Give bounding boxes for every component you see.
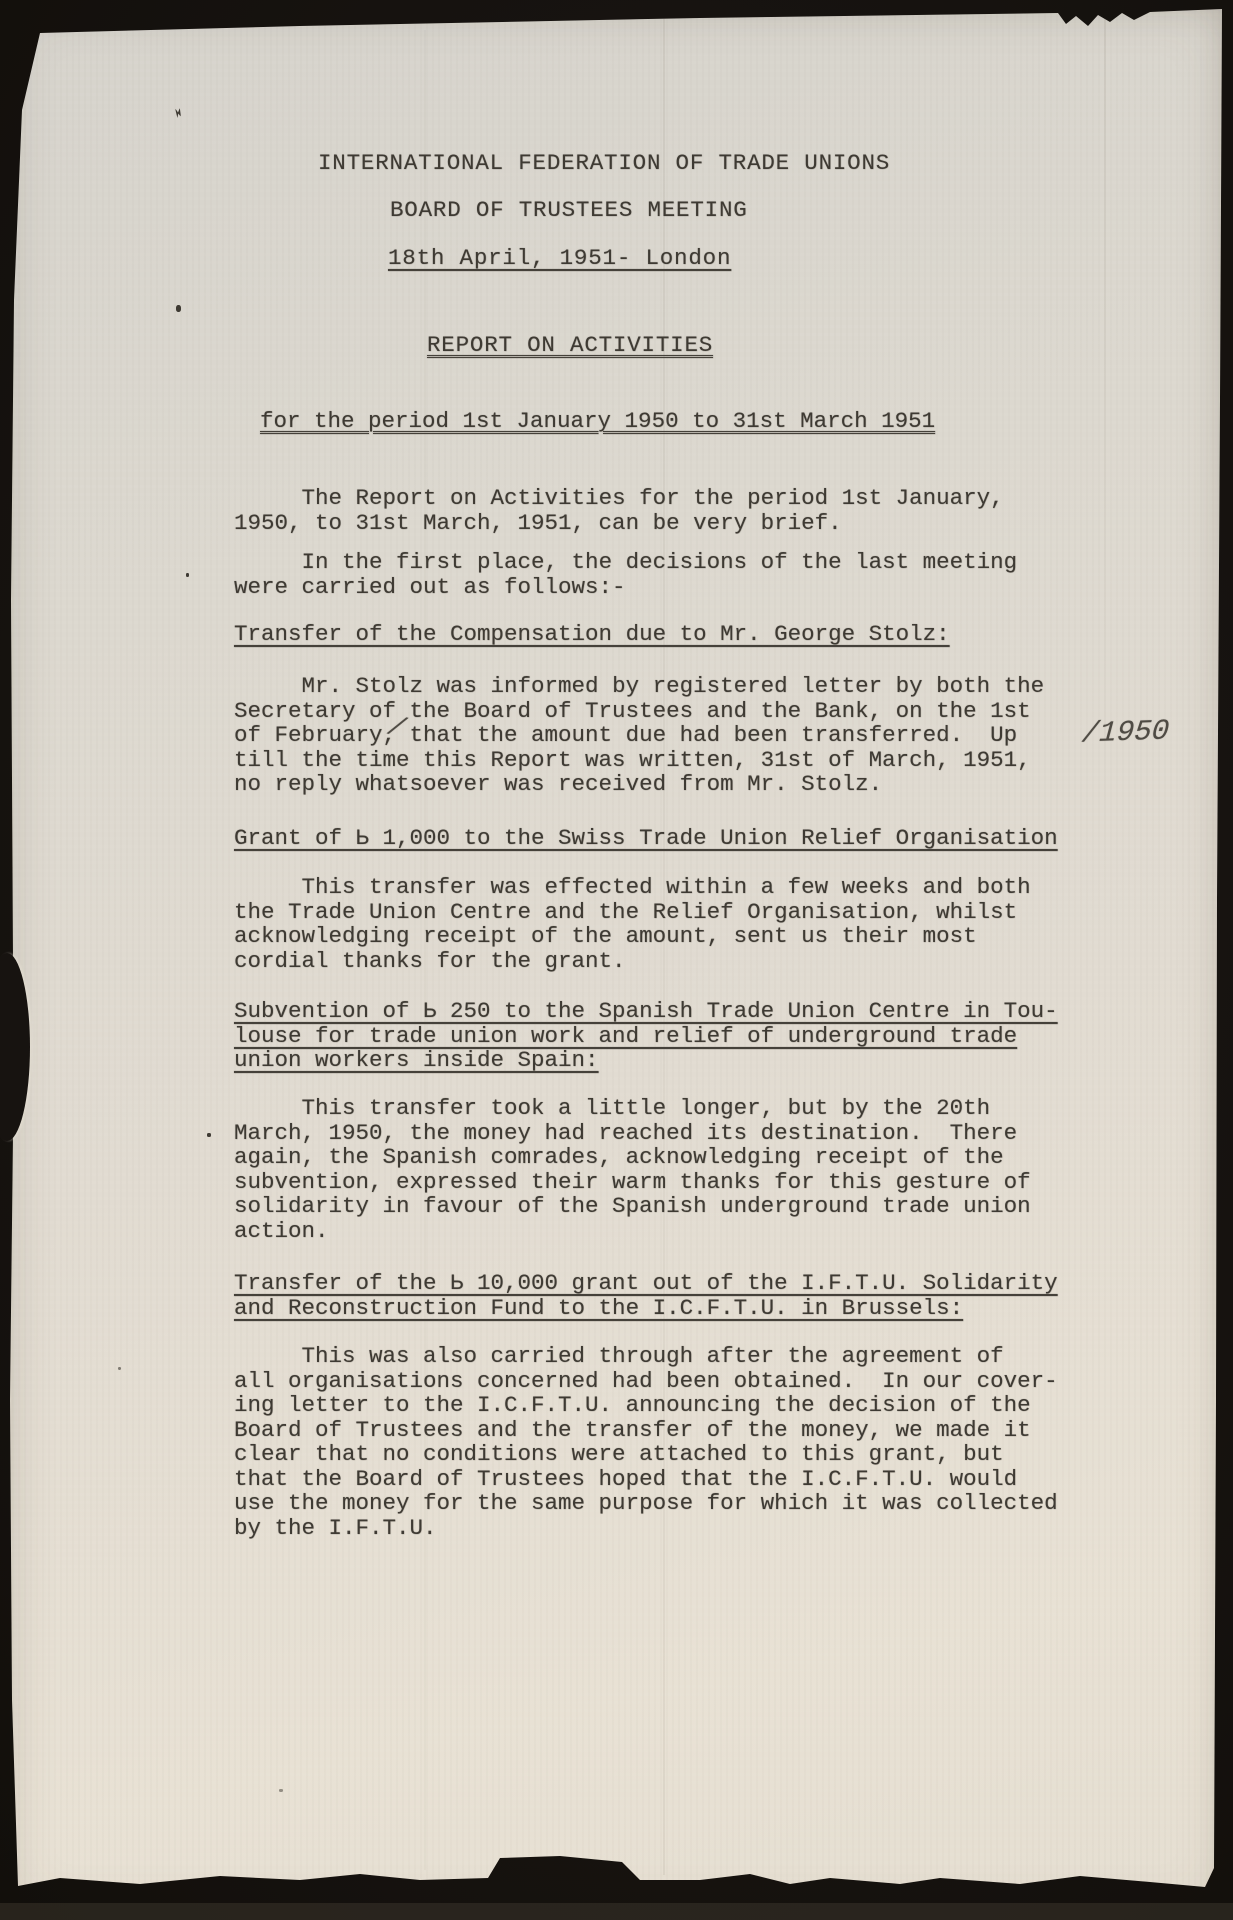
- section-body-stolz: Mr. Stolz was informed by registered let…: [234, 674, 1114, 797]
- section-body-swiss-grant: This transfer was effected within a few …: [234, 875, 1114, 973]
- paper-speck: [176, 305, 181, 312]
- paragraph-intro-1: The Report on Activities for the period …: [234, 486, 1114, 535]
- paper-speck: [186, 573, 189, 577]
- paper-speck: [207, 1133, 211, 1137]
- section-body-icftu-transfer: This was also carried through after the …: [234, 1344, 1114, 1540]
- section-heading-swiss-grant: Grant of Ь 1,000 to the Swiss Trade Unio…: [234, 826, 1114, 851]
- meeting-title: BOARD OF TRUSTEES MEETING: [390, 198, 748, 223]
- section-heading-icftu-transfer: Transfer of the Ь 10,000 grant out of th…: [234, 1271, 1114, 1320]
- scanned-page: INTERNATIONAL FEDERATION OF TRADE UNIONS…: [0, 0, 1233, 1920]
- paper-speck: [175, 108, 181, 118]
- scanner-bed-strip: [0, 1903, 1233, 1920]
- paper-speck: [118, 1367, 121, 1370]
- paper-speck: [279, 1789, 283, 1792]
- section-heading-stolz: Transfer of the Compensation due to Mr. …: [234, 622, 1114, 647]
- paragraph-intro-2: In the first place, the decisions of the…: [234, 550, 1114, 599]
- report-title: REPORT ON ACTIVITIES: [427, 333, 713, 358]
- meeting-date-place: 18th April, 1951- London: [388, 246, 731, 271]
- report-period-subtitle: for the period 1st January 1950 to 31st …: [260, 409, 935, 434]
- margin-annotation-1950: /1950: [1081, 714, 1171, 750]
- org-title: INTERNATIONAL FEDERATION OF TRADE UNIONS: [318, 151, 890, 176]
- section-heading-spanish-subvention: Subvention of Ь 250 to the Spanish Trade…: [234, 999, 1114, 1073]
- paper-sheet: INTERNATIONAL FEDERATION OF TRADE UNIONS…: [0, 0, 1233, 1920]
- section-body-spanish-subvention: This transfer took a little longer, but …: [234, 1096, 1114, 1243]
